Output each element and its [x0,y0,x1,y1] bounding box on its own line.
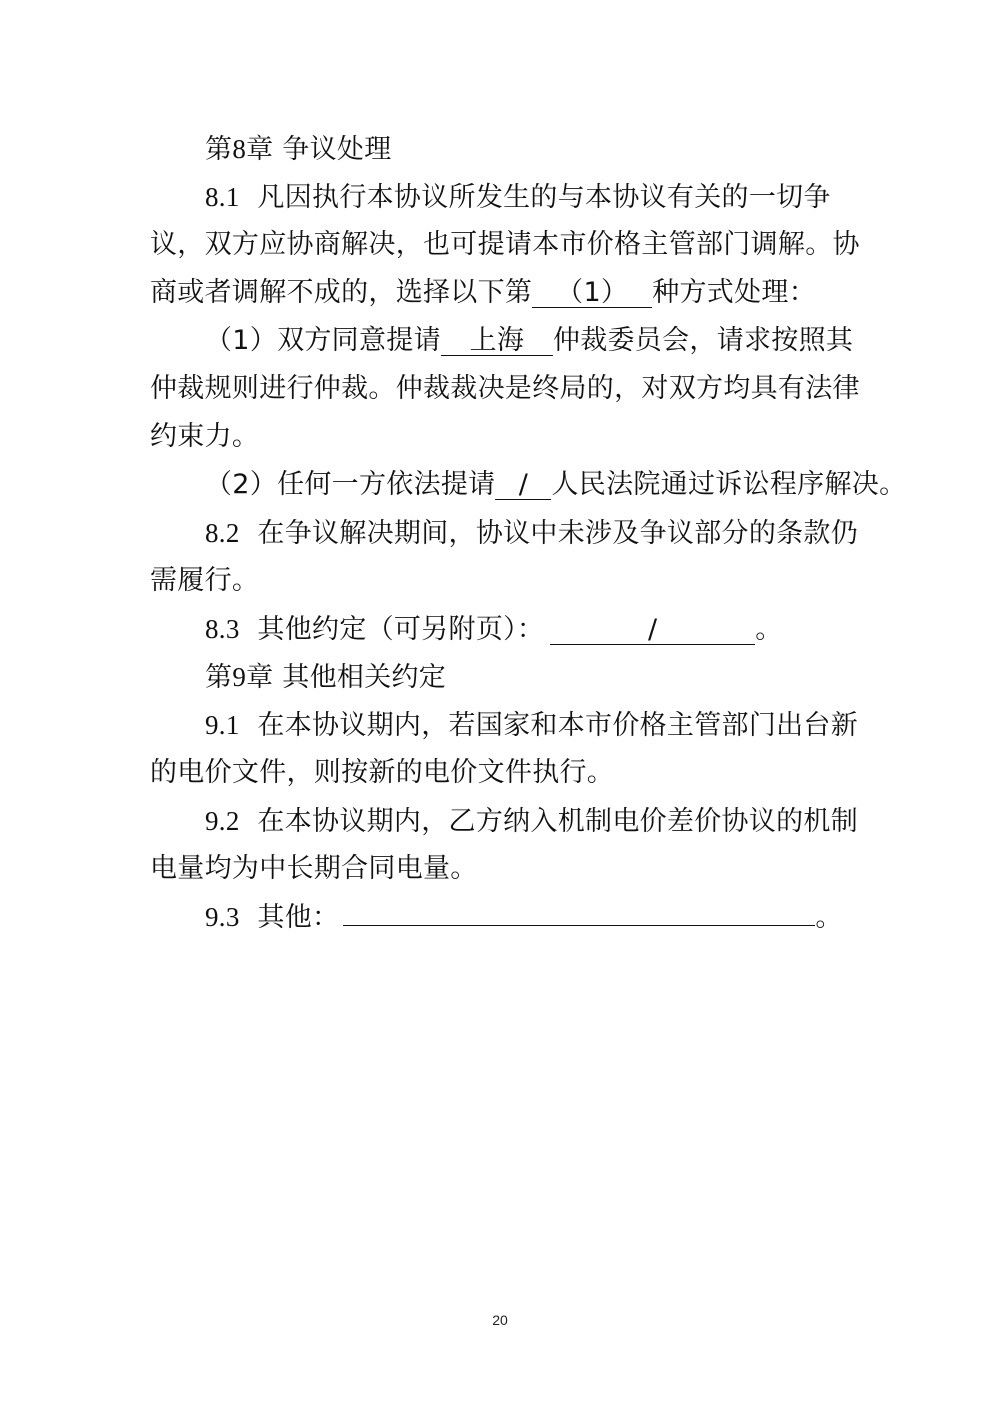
heading-text: 章 其他相关约定 [246,662,446,693]
option-1-line-2: 仲裁规则进行仲裁。仲裁裁决是终局的，对双方均具有法律 [150,372,860,406]
clause-9-1-line-2: 的电价文件，则按新的电价文件执行。 [150,756,614,790]
option-text: 双方同意提请 [277,325,441,356]
heading-number: 8 [232,134,246,164]
clause-9-3: 9.3 其他：。 [205,900,843,935]
clause-end: 。 [815,902,842,933]
option-number: （1） [205,325,277,356]
option-1-line-3: 约束力。 [150,420,259,454]
clause-text: 议，双方应协商解决，也可提请本市价格主管部门调解。协 [150,229,860,260]
clause-9-1-line-1: 9.1 在本协议期内，若国家和本市价格主管部门出台新 [205,708,858,743]
clause-8-2-line-2: 需履行。 [150,564,259,598]
heading-number: 9 [232,662,246,692]
option-text: 人民法院通过诉讼程序解决。 [551,469,906,500]
clause-number: 8.3 [205,614,240,644]
clause-8-3: 8.3 其他约定（可另附页）：/。 [205,612,783,647]
clause-number: 9.2 [205,806,240,836]
clause-8-1-line-1: 8.1 凡因执行本协议所发生的与本协议有关的一切争 [205,180,831,215]
heading-text: 章 争议处理 [246,134,391,165]
clause-text: 的电价文件，则按新的电价文件执行。 [150,757,614,788]
option-number: （2） [205,469,277,500]
clause-text: 需履行。 [150,565,259,596]
clause-text: 电量均为中长期合同电量。 [150,853,478,884]
clause-9-2-line-1: 9.2 在本协议期内，乙方纳入机制电价差价协议的机制 [205,804,858,839]
fill-blank-court: / [495,471,551,500]
clause-number: 9.3 [205,902,240,932]
heading-prefix: 第 [205,662,232,693]
clause-8-1-line-2: 议，双方应协商解决，也可提请本市价格主管部门调解。协 [150,228,860,262]
clause-text: 种方式处理： [652,277,816,308]
clause-text: 凡因执行本协议所发生的与本协议有关的一切争 [257,182,830,213]
clause-number: 9.1 [205,710,240,740]
fill-blank-other [343,925,815,926]
chapter-8-heading: 第8章 争议处理 [205,132,392,167]
option-text: 仲裁规则进行仲裁。仲裁裁决是终局的，对双方均具有法律 [150,373,860,404]
clause-end: 。 [755,614,782,645]
clause-text: 在本协议期内，若国家和本市价格主管部门出台新 [257,710,858,741]
option-text: 约束力。 [150,421,259,452]
fill-blank-arbitration-city: 上海 [441,327,553,356]
option-text: 仲裁委员会，请求按照其 [553,325,853,356]
clause-number: 8.2 [205,518,240,548]
clause-text: 在争议解决期间，协议中未涉及争议部分的条款仍 [257,518,858,549]
clause-text: 其他约定（可另附页）： [257,614,544,645]
fill-blank-method: （1） [532,279,652,308]
clause-text: 商或者调解不成的，选择以下第 [150,277,532,308]
clause-8-2-line-1: 8.2 在争议解决期间，协议中未涉及争议部分的条款仍 [205,516,858,551]
option-text: 任何一方依法提请 [277,469,495,500]
page-number: 20 [0,1312,1000,1328]
clause-number: 8.1 [205,182,240,212]
clause-8-1-line-3: 商或者调解不成的，选择以下第（1）种方式处理： [150,276,816,310]
chapter-9-heading: 第9章 其他相关约定 [205,660,446,695]
heading-prefix: 第 [205,134,232,165]
option-1-line-1: （1）双方同意提请上海仲裁委员会，请求按照其 [205,324,853,358]
option-2-line-1: （2）任何一方依法提请/人民法院通过诉讼程序解决。 [205,468,906,502]
fill-blank-other-terms: / [550,616,755,645]
clause-9-2-line-2: 电量均为中长期合同电量。 [150,852,478,886]
clause-text: 在本协议期内，乙方纳入机制电价差价协议的机制 [257,806,858,837]
clause-text: 其他： [257,902,339,933]
